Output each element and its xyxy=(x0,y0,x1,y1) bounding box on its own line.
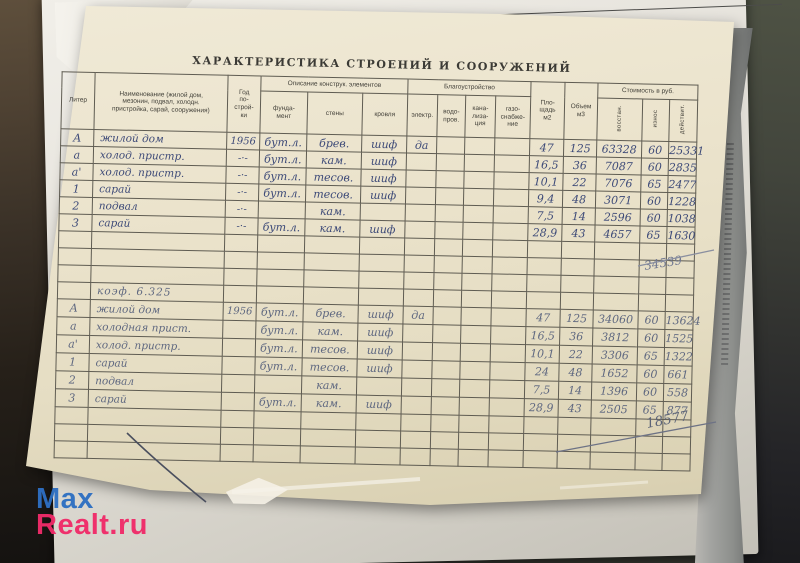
cell-water xyxy=(432,361,460,380)
empty-cell xyxy=(488,450,523,468)
empty-cell xyxy=(524,417,558,435)
empty-cell xyxy=(224,234,257,252)
cell-area: 9,4 xyxy=(528,190,562,208)
empty-cell xyxy=(492,240,527,258)
cell-gas xyxy=(489,398,524,417)
cell-area: 10,1 xyxy=(525,345,559,364)
empty-cell xyxy=(491,291,526,309)
empty-cell xyxy=(638,294,665,312)
empty-cell xyxy=(557,451,590,469)
cell-cost-restored: 34060 xyxy=(593,310,638,329)
cell-cost-actual: 1630 xyxy=(667,227,695,245)
cell-water xyxy=(433,325,461,344)
empty-cell xyxy=(304,253,359,271)
cell-water xyxy=(431,397,459,416)
cell-sewerage xyxy=(460,361,490,380)
cell-area: 7,5 xyxy=(528,207,562,225)
empty-cell xyxy=(256,286,303,304)
empty-cell xyxy=(594,259,639,277)
cell-cost-wear: 60 xyxy=(640,192,667,210)
cell-electric: да xyxy=(403,306,433,325)
cell-electric xyxy=(402,342,432,361)
cell-walls: кам. xyxy=(301,376,356,395)
cell-foundation: бут.л. xyxy=(256,303,303,322)
cell-cost-actual: 1228 xyxy=(667,193,695,211)
empty-cell xyxy=(527,258,561,276)
cell-electric xyxy=(405,204,435,222)
cell-walls: кам. xyxy=(305,219,360,237)
cell-cost-restored: 7076 xyxy=(596,174,641,192)
empty-cell xyxy=(355,447,400,465)
cell-cost-restored: 7087 xyxy=(596,157,641,175)
cell-year: -·- xyxy=(226,149,259,167)
empty-cell xyxy=(359,254,404,272)
cell-cost-wear: 65 xyxy=(641,175,668,193)
cell-electric xyxy=(401,396,431,415)
cell-gas xyxy=(489,380,524,399)
cell-area: 16,5 xyxy=(526,327,560,346)
cell-gas xyxy=(494,172,529,190)
empty-cell xyxy=(403,289,433,307)
empty-cell xyxy=(54,424,87,442)
empty-cell xyxy=(665,294,693,312)
cell-foundation: бут.л. xyxy=(256,321,303,340)
table-body: А жилой дом 1956 бут.л. брев. шиф да 47 … xyxy=(54,129,697,471)
empty-cell xyxy=(462,239,492,257)
cell-foundation: бут.л. xyxy=(258,184,305,202)
empty-cell xyxy=(666,277,694,295)
cell-cost-wear: 65 xyxy=(637,347,664,366)
cell-year: -·- xyxy=(225,200,258,218)
cell-volume: 22 xyxy=(563,173,596,191)
empty-cell xyxy=(458,449,488,467)
empty-cell xyxy=(224,251,257,269)
empty-cell xyxy=(594,242,639,260)
col-volume: Объем м3 xyxy=(564,82,598,140)
col-name: Наименование (жилой дом, мезонин, подвал… xyxy=(94,72,228,132)
cell-foundation xyxy=(254,375,301,394)
col-foundation: фунда- мент xyxy=(260,91,308,134)
empty-cell xyxy=(404,255,434,273)
col-cost-actual: действит. xyxy=(669,100,698,143)
cell-cost-restored: 2505 xyxy=(591,400,636,419)
cell-liter: а' xyxy=(56,335,89,354)
cell-year: -·- xyxy=(226,166,259,184)
cell-water xyxy=(433,307,461,326)
empty-cell xyxy=(492,257,527,275)
cell-liter: 3 xyxy=(59,214,92,232)
cell-sewerage xyxy=(465,137,495,155)
cell-liter: а' xyxy=(60,163,93,181)
cell-area: 7,5 xyxy=(524,381,558,400)
cell-gas xyxy=(493,206,528,224)
cell-year xyxy=(222,356,255,375)
cell-electric xyxy=(405,187,435,205)
cell-roof: шиф xyxy=(357,359,402,378)
col-cost-restored: восстан. xyxy=(597,98,643,141)
cell-cost-restored: 1652 xyxy=(592,364,637,383)
cell-sewerage xyxy=(463,222,493,240)
cell-sewerage xyxy=(464,171,494,189)
empty-cell xyxy=(523,451,557,469)
cell-volume: 36 xyxy=(563,156,596,174)
empty-cell xyxy=(257,269,304,287)
empty-cell xyxy=(253,428,300,446)
empty-cell xyxy=(561,241,594,259)
empty-cell xyxy=(561,275,594,293)
photo-scene: ХАРАКТЕРИСТИКА СТРОЕНИЙ И СООРУЖЕНИЙ Лит… xyxy=(0,0,800,563)
cell-year xyxy=(222,338,255,357)
cell-liter: А xyxy=(61,129,94,147)
cell-water xyxy=(432,343,460,362)
empty-cell xyxy=(253,445,300,463)
cell-cost-wear: 60 xyxy=(638,329,665,348)
empty-cell xyxy=(54,441,87,459)
cell-cost-wear: 60 xyxy=(638,311,665,330)
cell-liter: 3 xyxy=(55,389,88,408)
empty-cell xyxy=(594,276,639,294)
cell-cost-actual: 558 xyxy=(663,383,691,402)
cell-walls: кам. xyxy=(305,202,360,220)
cell-walls: кам. xyxy=(301,394,356,413)
empty-cell xyxy=(58,231,91,249)
cell-cost-restored: 2596 xyxy=(595,208,640,226)
cell-liter: а xyxy=(60,146,93,164)
col-electric: электр. xyxy=(407,94,438,137)
empty-cell xyxy=(662,436,690,454)
cell-roof: шиф xyxy=(358,323,403,342)
empty-cell xyxy=(400,431,430,449)
watermark-line2: Realt.ru xyxy=(36,512,148,538)
empty-cell xyxy=(561,258,594,276)
cell-roof: шиф xyxy=(361,152,406,170)
empty-cell xyxy=(430,432,458,450)
empty-cell xyxy=(358,288,403,306)
empty-cell xyxy=(55,407,88,425)
cell-year: -·- xyxy=(225,217,258,235)
cell-sewerage xyxy=(463,188,493,206)
cell-gas xyxy=(490,362,525,381)
cell-foundation: бут.л. xyxy=(259,167,306,185)
empty-cell xyxy=(430,449,458,467)
cell-electric xyxy=(401,378,431,397)
cell-volume: 36 xyxy=(560,327,593,346)
empty-cell xyxy=(257,252,304,270)
document-content: ХАРАКТЕРИСТИКА СТРОЕНИЙ И СООРУЖЕНИЙ Лит… xyxy=(54,51,702,471)
cell-sewerage xyxy=(460,343,490,362)
cell-electric xyxy=(403,324,433,343)
cell-gas xyxy=(493,189,528,207)
cell-volume: 43 xyxy=(562,224,595,242)
empty-cell xyxy=(304,270,359,288)
cell-cost-actual: 25331 xyxy=(669,142,697,160)
empty-cell xyxy=(434,256,462,274)
cell-electric xyxy=(405,221,435,239)
cell-cost-actual: 1038 xyxy=(667,210,695,228)
cell-area: 16,5 xyxy=(529,156,563,174)
cell-roof: шиф xyxy=(362,135,407,153)
empty-cell xyxy=(558,417,591,435)
cell-walls: брев. xyxy=(307,134,362,152)
cell-water xyxy=(435,205,463,223)
cell-foundation: бут.л. xyxy=(259,150,306,168)
cell-gas xyxy=(494,138,529,156)
cell-gas xyxy=(490,344,525,363)
empty-cell xyxy=(359,237,404,255)
cell-cost-wear: 60 xyxy=(640,209,667,227)
cell-water xyxy=(435,222,463,240)
cell-year xyxy=(223,320,256,339)
empty-cell xyxy=(526,292,560,310)
cell-cost-restored: 1396 xyxy=(591,382,636,401)
cell-cost-actual: 13624 xyxy=(665,311,693,330)
cell-year: -·- xyxy=(225,183,258,201)
cell-volume: 48 xyxy=(562,190,595,208)
col-gas: газо- снабже- ние xyxy=(495,96,531,139)
cell-area: 10,1 xyxy=(529,173,563,191)
cell-roof: шиф xyxy=(358,305,403,324)
cell-sewerage xyxy=(464,154,494,172)
cell-cost-restored: 4657 xyxy=(595,225,640,243)
empty-cell xyxy=(304,236,359,254)
col-liter: Литер xyxy=(61,72,95,130)
cell-liter: А xyxy=(57,299,90,318)
empty-cell xyxy=(590,435,635,453)
cell-cost-restored: 3306 xyxy=(592,346,637,365)
cell-cost-restored: 3071 xyxy=(595,191,640,209)
cell-cost-wear: 60 xyxy=(636,383,663,402)
cell-gas xyxy=(491,326,526,345)
cell-water xyxy=(435,188,463,206)
cell-walls: тесов. xyxy=(302,340,357,359)
empty-cell xyxy=(662,453,690,471)
cell-liter: 1 xyxy=(56,353,89,372)
empty-cell xyxy=(488,433,523,451)
cell-electric: да xyxy=(407,136,437,154)
cell-walls: тесов. xyxy=(306,168,361,186)
empty-cell xyxy=(224,268,257,286)
empty-cell xyxy=(301,412,356,430)
empty-cell xyxy=(400,448,430,466)
empty-cell xyxy=(459,415,489,433)
empty-cell xyxy=(527,275,561,293)
characteristics-table: Литер Наименование (жилой дом, мезонин, … xyxy=(54,71,699,471)
cell-cost-actual: 2477 xyxy=(668,176,696,194)
cell-roof xyxy=(360,203,405,221)
empty-cell xyxy=(431,415,459,433)
cell-foundation: бут.л. xyxy=(255,357,302,376)
empty-cell xyxy=(300,446,355,464)
cell-walls: кам. xyxy=(303,322,358,341)
empty-cell xyxy=(220,444,253,462)
cell-gas xyxy=(493,223,528,241)
cell-roof xyxy=(356,377,401,396)
empty-cell xyxy=(254,411,301,429)
col-sewerage: кана- лиза- ция xyxy=(465,95,496,138)
cell-liter: 2 xyxy=(56,371,89,390)
cell-volume: 22 xyxy=(559,345,592,364)
empty-cell xyxy=(527,241,561,259)
col-cost-restored-label: восстан. xyxy=(616,105,624,132)
cell-year xyxy=(221,392,254,411)
cell-volume: 14 xyxy=(558,381,591,400)
cell-area: 28,9 xyxy=(528,224,562,242)
col-roof: кровля xyxy=(362,93,408,136)
cell-foundation xyxy=(258,201,305,219)
empty-cell xyxy=(593,293,638,311)
cell-sewerage xyxy=(459,379,489,398)
cell-foundation: бут.л. xyxy=(260,133,307,151)
empty-cell xyxy=(221,410,254,428)
empty-cell xyxy=(492,274,527,292)
cell-volume: 43 xyxy=(558,399,591,418)
cell-volume: 14 xyxy=(562,207,595,225)
cell-foundation: бут.л. xyxy=(255,339,302,358)
empty-cell xyxy=(404,272,434,290)
empty-cell xyxy=(87,441,220,461)
empty-cell xyxy=(355,430,400,448)
empty-cell xyxy=(639,277,666,295)
empty-cell xyxy=(257,235,304,253)
cell-electric xyxy=(406,153,436,171)
cell-area: 47 xyxy=(530,139,564,157)
cell-cost-wear: 60 xyxy=(642,141,669,159)
cell-roof: шиф xyxy=(361,169,406,187)
cell-cost-actual: 1322 xyxy=(664,347,692,366)
cell-walls: тесов. xyxy=(305,185,360,203)
cell-roof: шиф xyxy=(357,341,402,360)
col-cost-actual-label: действит. xyxy=(679,105,687,135)
cell-water xyxy=(431,379,459,398)
cell-gas xyxy=(491,308,526,327)
cell-water xyxy=(437,137,465,155)
empty-cell xyxy=(356,413,401,431)
cell-electric xyxy=(406,170,436,188)
empty-cell xyxy=(404,238,434,256)
cell-sewerage xyxy=(459,397,489,416)
cell-volume: 125 xyxy=(564,139,597,157)
cell-year xyxy=(221,374,254,393)
cell-volume: 48 xyxy=(559,363,592,382)
empty-cell xyxy=(458,432,488,450)
cell-foundation: бут.л. xyxy=(254,393,301,412)
cell-electric xyxy=(402,360,432,379)
cell-gas xyxy=(494,155,529,173)
col-cost-wear-label: износ xyxy=(652,110,659,128)
cell-sewerage xyxy=(461,325,491,344)
empty-cell xyxy=(220,427,253,445)
cell-cost-actual: 1525 xyxy=(665,329,693,348)
empty-cell xyxy=(560,292,593,310)
cell-area: 28,9 xyxy=(524,399,558,418)
cell-water xyxy=(436,171,464,189)
empty-cell xyxy=(223,285,256,303)
empty-cell xyxy=(300,429,355,447)
cell-cost-wear: 60 xyxy=(637,365,664,384)
cell-walls: кам. xyxy=(306,151,361,169)
cell-cost-restored: 3812 xyxy=(593,328,638,347)
cell-liter: 1 xyxy=(60,180,93,198)
cell-cost-actual: 661 xyxy=(664,365,692,384)
empty-cell xyxy=(590,452,635,470)
empty-cell xyxy=(58,248,91,266)
cell-sewerage xyxy=(463,205,493,223)
cell-volume: 125 xyxy=(560,309,593,328)
empty-cell xyxy=(303,287,358,305)
empty-cell xyxy=(591,418,636,436)
col-water: водо- пров. xyxy=(437,95,466,138)
empty-cell xyxy=(523,434,557,452)
empty-cell xyxy=(489,416,524,434)
empty-cell xyxy=(635,436,662,454)
empty-cell xyxy=(434,273,462,291)
empty-cell xyxy=(401,414,431,432)
empty-cell xyxy=(462,273,492,291)
cell-water xyxy=(436,154,464,172)
cell-cost-actual: 2835 xyxy=(668,159,696,177)
cell-walls: тесов. xyxy=(302,358,357,377)
cell-liter: а xyxy=(57,317,90,336)
empty-cell xyxy=(359,271,404,289)
cell-walls: брев. xyxy=(303,304,358,323)
watermark: Max Realt.ru xyxy=(36,486,148,538)
empty-cell xyxy=(434,239,462,257)
cell-roof: шиф xyxy=(360,220,405,238)
cell-area: 24 xyxy=(525,363,559,382)
empty-cell xyxy=(461,290,491,308)
empty-cell xyxy=(58,265,91,283)
col-year: Год по- строй- ки xyxy=(227,75,261,133)
empty-cell xyxy=(635,453,662,471)
cell-sewerage xyxy=(461,307,491,326)
col-walls: стены xyxy=(307,92,363,135)
cell-year: 1956 xyxy=(223,302,256,321)
cell-cost-wear: 60 xyxy=(641,158,668,176)
col-area: Пло- щадь м2 xyxy=(530,82,565,140)
cell-year: 1956 xyxy=(227,132,260,150)
cell-roof: шиф xyxy=(360,186,405,204)
cell-cost-restored: 63328 xyxy=(597,140,642,158)
col-cost-wear: износ xyxy=(642,99,670,142)
empty-cell xyxy=(462,256,492,274)
cell-liter: 2 xyxy=(59,197,92,215)
cell-liter xyxy=(57,282,90,300)
cell-roof: шиф xyxy=(356,395,401,414)
empty-cell xyxy=(557,434,590,452)
cell-area: 47 xyxy=(526,309,560,328)
cell-foundation: бут.л. xyxy=(258,218,305,236)
empty-cell xyxy=(433,290,461,308)
cell-cost-wear: 65 xyxy=(640,226,667,244)
